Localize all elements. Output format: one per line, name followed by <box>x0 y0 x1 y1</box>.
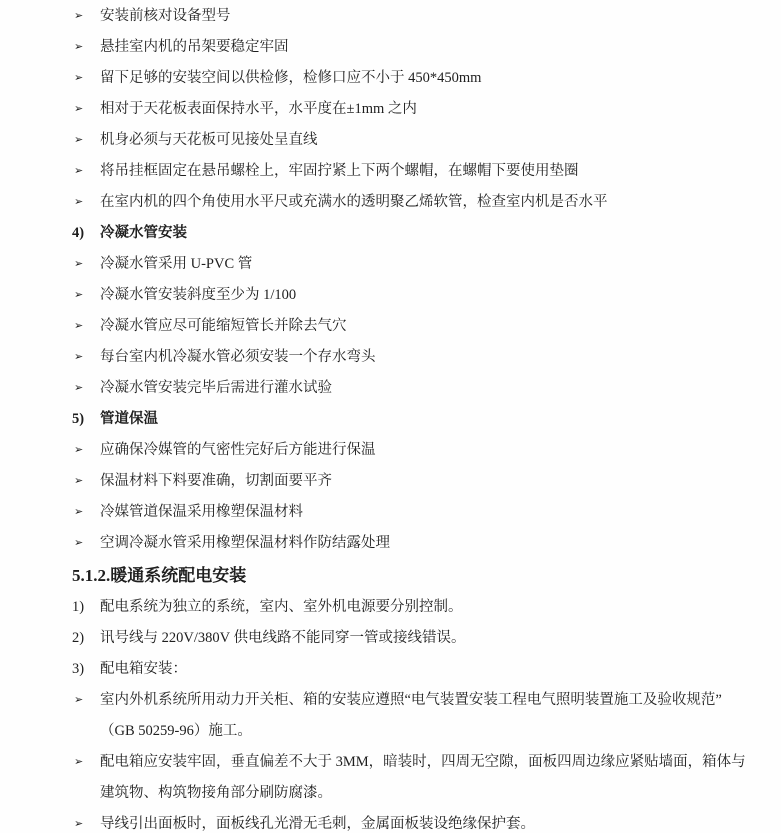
document-line: ➢冷凝水管应尽可能缩短管长并除去气穴 <box>0 311 781 342</box>
document-line: ➢留下足够的安装空间以供检修，检修口应不小于 450*450mm <box>0 63 781 94</box>
bullet-arrow-icon: ➢ <box>74 373 83 404</box>
line-text: 冷凝水管安装 <box>100 218 187 249</box>
document-line: ➢在室内机的四个角使用水平尺或充满水的透明聚乙烯软管，检查室内机是否水平 <box>0 187 781 218</box>
line-text: 配电系统为独立的系统，室内、室外机电源要分别控制。 <box>100 592 463 623</box>
line-text: 冷凝水管应尽可能缩短管长并除去气穴 <box>100 311 347 342</box>
line-text: 安装前核对设备型号 <box>100 1 231 32</box>
document-line: ➢冷凝水管采用 U-PVC 管 <box>0 249 781 280</box>
line-text: 保温材料下料要准确，切割面要平齐 <box>100 466 332 497</box>
document-line: 4)冷凝水管安装 <box>0 218 781 249</box>
document-line: ➢室内外机系统所用动力开关柜、箱的安装应遵照“电气装置安装工程电气照明装置施工及… <box>0 685 781 716</box>
document-line: ➢冷凝水管安装斜度至少为 1/100 <box>0 280 781 311</box>
bullet-arrow-icon: ➢ <box>74 342 83 373</box>
bullet-arrow-icon: ➢ <box>74 1 83 32</box>
document-line: ➢应确保冷媒管的气密性完好后方能进行保温 <box>0 435 781 466</box>
line-text: 配电箱安装： <box>100 654 187 685</box>
document-line: ➢冷媒管道保温采用橡塑保温材料 <box>0 497 781 528</box>
item-number: 5) <box>72 404 84 435</box>
line-text: 配电箱应安装牢固，垂直偏差不大于 3MM，暗装时，四周无空隙，面板四周边缘应紧贴… <box>100 747 746 778</box>
document-line: 1)配电系统为独立的系统，室内、室外机电源要分别控制。 <box>0 592 781 623</box>
bullet-arrow-icon: ➢ <box>74 809 83 833</box>
line-text: 机身必须与天花板可见接处呈直线 <box>100 125 318 156</box>
document-page: ➢安装前核对设备型号➢悬挂室内机的吊架要稳定牢固➢留下足够的安装空间以供检修，检… <box>0 0 781 833</box>
bullet-arrow-icon: ➢ <box>74 63 83 94</box>
document-line: ➢空调冷凝水管采用橡塑保温材料作防结露处理 <box>0 528 781 559</box>
line-text: 室内外机系统所用动力开关柜、箱的安装应遵照“电气装置安装工程电气照明装置施工及验… <box>100 685 722 716</box>
line-text: 冷凝水管采用 U-PVC 管 <box>100 249 252 280</box>
document-line-continuation: （GB 50259-96）施工。 <box>0 716 781 747</box>
line-text: 建筑物、构筑物接角部分刷防腐漆。 <box>100 778 332 809</box>
line-text: 相对于天花板表面保持水平，水平度在±1mm 之内 <box>100 94 417 125</box>
item-number: 3) <box>72 654 84 685</box>
document-line: 3)配电箱安装： <box>0 654 781 685</box>
line-text: 每台室内机冷凝水管必须安装一个存水弯头 <box>100 342 376 373</box>
heading-text: 5.1.2.暖通系统配电安装 <box>72 559 246 592</box>
bullet-arrow-icon: ➢ <box>74 125 83 156</box>
bullet-arrow-icon: ➢ <box>74 685 83 716</box>
bullet-arrow-icon: ➢ <box>74 528 83 559</box>
document-line: ➢每台室内机冷凝水管必须安装一个存水弯头 <box>0 342 781 373</box>
line-text: 应确保冷媒管的气密性完好后方能进行保温 <box>100 435 376 466</box>
line-text: 悬挂室内机的吊架要稳定牢固 <box>100 32 289 63</box>
document-line: 5)管道保温 <box>0 404 781 435</box>
line-text: 冷媒管道保温采用橡塑保温材料 <box>100 497 303 528</box>
bullet-arrow-icon: ➢ <box>74 747 83 778</box>
document-line: 2)讯号线与 220V/380V 供电线路不能同穿一管或接线错误。 <box>0 623 781 654</box>
bullet-arrow-icon: ➢ <box>74 249 83 280</box>
line-text: 导线引出面板时，面板线孔光滑无毛刺，金属面板装设绝缘保护套。 <box>100 809 535 833</box>
bullet-arrow-icon: ➢ <box>74 32 83 63</box>
item-number: 1) <box>72 592 84 623</box>
bullet-arrow-icon: ➢ <box>74 156 83 187</box>
bullet-arrow-icon: ➢ <box>74 280 83 311</box>
document-line: ➢保温材料下料要准确，切割面要平齐 <box>0 466 781 497</box>
bullet-arrow-icon: ➢ <box>74 311 83 342</box>
bullet-arrow-icon: ➢ <box>74 497 83 528</box>
bullet-arrow-icon: ➢ <box>74 435 83 466</box>
bullet-arrow-icon: ➢ <box>74 187 83 218</box>
document-line: ➢将吊挂框固定在悬吊螺栓上，牢固拧紧上下两个螺帽，在螺帽下要使用垫圈 <box>0 156 781 187</box>
line-text: （GB 50259-96）施工。 <box>100 716 252 747</box>
document-line: ➢安装前核对设备型号 <box>0 1 781 32</box>
section-heading: 5.1.2.暖通系统配电安装 <box>0 559 781 592</box>
line-text: 留下足够的安装空间以供检修，检修口应不小于 450*450mm <box>100 63 481 94</box>
document-line: ➢机身必须与天花板可见接处呈直线 <box>0 125 781 156</box>
line-text: 冷凝水管安装完毕后需进行灌水试验 <box>100 373 332 404</box>
item-number: 4) <box>72 218 84 249</box>
line-text: 在室内机的四个角使用水平尺或充满水的透明聚乙烯软管，检查室内机是否水平 <box>100 187 608 218</box>
bullet-arrow-icon: ➢ <box>74 94 83 125</box>
document-line-continuation: 建筑物、构筑物接角部分刷防腐漆。 <box>0 778 781 809</box>
line-text: 空调冷凝水管采用橡塑保温材料作防结露处理 <box>100 528 390 559</box>
document-line: ➢导线引出面板时，面板线孔光滑无毛刺，金属面板装设绝缘保护套。 <box>0 809 781 833</box>
line-text: 管道保温 <box>100 404 158 435</box>
line-text: 冷凝水管安装斜度至少为 1/100 <box>100 280 296 311</box>
line-text: 将吊挂框固定在悬吊螺栓上，牢固拧紧上下两个螺帽，在螺帽下要使用垫圈 <box>100 156 579 187</box>
line-text: 讯号线与 220V/380V 供电线路不能同穿一管或接线错误。 <box>100 623 465 654</box>
item-number: 2) <box>72 623 84 654</box>
document-line: ➢悬挂室内机的吊架要稳定牢固 <box>0 32 781 63</box>
bullet-arrow-icon: ➢ <box>74 466 83 497</box>
document-line: ➢相对于天花板表面保持水平，水平度在±1mm 之内 <box>0 94 781 125</box>
document-line: ➢配电箱应安装牢固，垂直偏差不大于 3MM，暗装时，四周无空隙，面板四周边缘应紧… <box>0 747 781 778</box>
document-line: ➢冷凝水管安装完毕后需进行灌水试验 <box>0 373 781 404</box>
